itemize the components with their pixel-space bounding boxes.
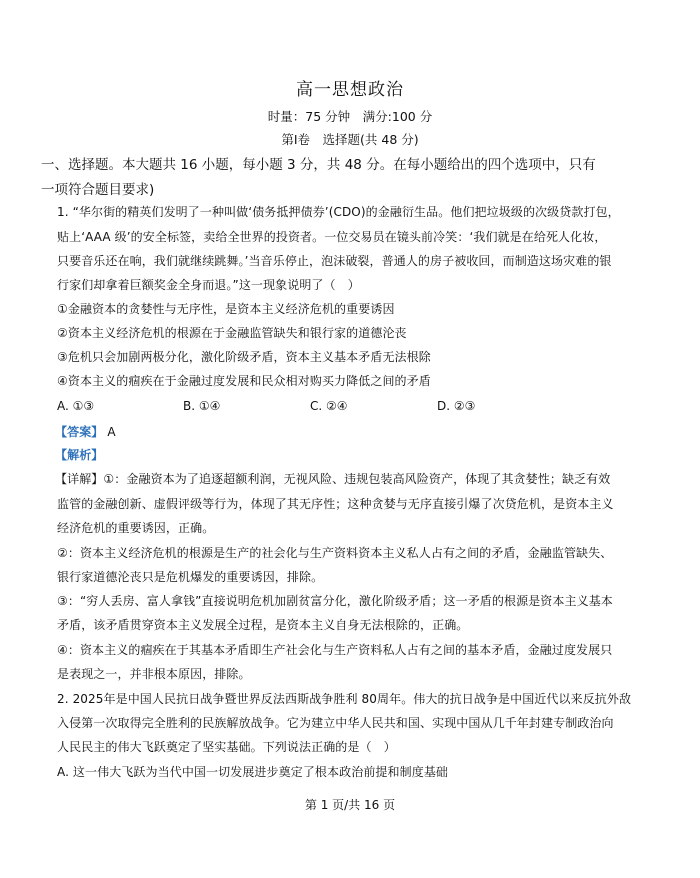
q1-detail-line: 监管的金融创新、虚假评级等行为，体现了其无序性；这种贪婪与无序直接引爆了次贷危机… bbox=[57, 496, 614, 512]
analysis-label: 【解析】 bbox=[55, 448, 103, 462]
document-title: 高一思想政治 bbox=[0, 79, 700, 101]
q1-detail-line: ④：资本主义的痼疾在于其基本矛盾即生产社会化与生产资料私人占有之间的基本矛盾，金… bbox=[57, 642, 612, 658]
document-page: 高一思想政治 时量：75 分钟 满分:100 分 第Ⅰ卷 选择题(共 48 分)… bbox=[0, 0, 700, 878]
part-heading: 第Ⅰ卷 选择题(共 48 分) bbox=[0, 132, 700, 148]
q1-stem-line: 只要音乐还在响，我们就继续跳舞。’当音乐停止，泡沫破裂，普通人的房子被收回，而制… bbox=[57, 253, 612, 269]
q1-statement-2: ②资本主义经济危机的根源在于金融监管缺失和银行家的道德沦丧 bbox=[57, 325, 407, 341]
exam-meta: 时量：75 分钟 满分:100 分 bbox=[0, 109, 700, 125]
section-instructions-line-2: 一项符合题目要求) bbox=[41, 181, 154, 199]
section-instructions-line-1: 一、选择题。本大题共 16 小题，每小题 3 分，共 48 分。在每小题给出的四… bbox=[41, 156, 596, 174]
q1-detail-line: 是表现之一，并非根本原因，排除。 bbox=[57, 666, 251, 682]
q1-detail-line: ②：资本主义经济危机的根源是生产的社会化与生产资料资本主义私人占有之间的矛盾，金… bbox=[57, 545, 612, 561]
q1-stem-line: 贴上‘AAA 级’的安全标签，卖给全世界的投资者。一位交易员在镜头前冷笑：‘我们… bbox=[57, 229, 606, 245]
q2-stem-line: 人民民主的伟大飞跃奠定了坚实基础。下列说法正确的是（ ） bbox=[57, 739, 396, 755]
q1-option-b: B. ①④ bbox=[183, 398, 220, 414]
answer-label: 【答案】 bbox=[55, 425, 103, 439]
q1-detail-line: 【详解】①：金融资本为了追逐超额利润，无视风险、违规包装高风险资产，体现了其贪婪… bbox=[55, 471, 610, 487]
q1-option-a: A. ①③ bbox=[57, 398, 94, 414]
q2-option-a: A. 这一伟大飞跃为当代中国一切发展进步奠定了根本政治前提和制度基础 bbox=[57, 764, 448, 780]
q1-stem-line: 行家们却拿着巨额奖金全身而退。”这一现象说明了（ ） bbox=[57, 277, 360, 293]
q1-detail-line: 银行家道德沦丧只是危机爆发的重要诱因，排除。 bbox=[57, 569, 323, 585]
q1-option-d: D. ②③ bbox=[437, 398, 475, 414]
q1-analysis-heading: 【解析】 bbox=[55, 447, 103, 463]
q1-statement-3: ③危机只会加剧两极分化，激化阶级矛盾，资本主义基本矛盾无法根除 bbox=[57, 349, 431, 365]
q1-option-c: C. ②④ bbox=[310, 398, 348, 414]
q1-detail-line: ③：“穷人丢房、富人拿钱”直接说明危机加剧贫富分化，激化阶级矛盾；这一矛盾的根源… bbox=[57, 593, 613, 609]
detail-label: 【详解】 bbox=[55, 472, 103, 486]
q2-stem-line: 入侵第一次取得完全胜利的民族解放战争。它为建立中华人民共和国、实现中国从几千年封… bbox=[57, 715, 614, 731]
q1-statement-1: ①金融资本的贪婪性与无序性，是资本主义经济危机的重要诱因 bbox=[57, 301, 395, 317]
detail-text: ①：金融资本为了追逐超额利润，无视风险、违规包装高风险资产，体现了其贪婪性；缺乏… bbox=[103, 472, 610, 486]
q2-stem-line: 2. 2025年是中国人民抗日战争暨世界反法西斯战争胜利 80周年。伟大的抗日战… bbox=[57, 691, 631, 707]
q1-stem-line: 1. “华尔街的精英们发明了一种叫做‘债务抵押债券’(CDO)的金融衍生品。他们… bbox=[57, 204, 620, 220]
page-footer: 第 1 页/共 16 页 bbox=[0, 797, 700, 813]
q1-detail-line: 矛盾，该矛盾贯穿资本主义发展全过程，是资本主义自身无法根除的，正确。 bbox=[57, 617, 468, 633]
q1-options: A. ①③ B. ①④ C. ②④ D. ②③ bbox=[57, 398, 617, 414]
q1-answer: 【答案】 A bbox=[55, 424, 116, 440]
q1-detail-line: 经济危机的重要诱因，正确。 bbox=[57, 520, 214, 536]
q1-statement-4: ④资本主义的痼疾在于金融过度发展和民众相对购买力降低之间的矛盾 bbox=[57, 373, 431, 389]
answer-value: A bbox=[107, 425, 115, 439]
